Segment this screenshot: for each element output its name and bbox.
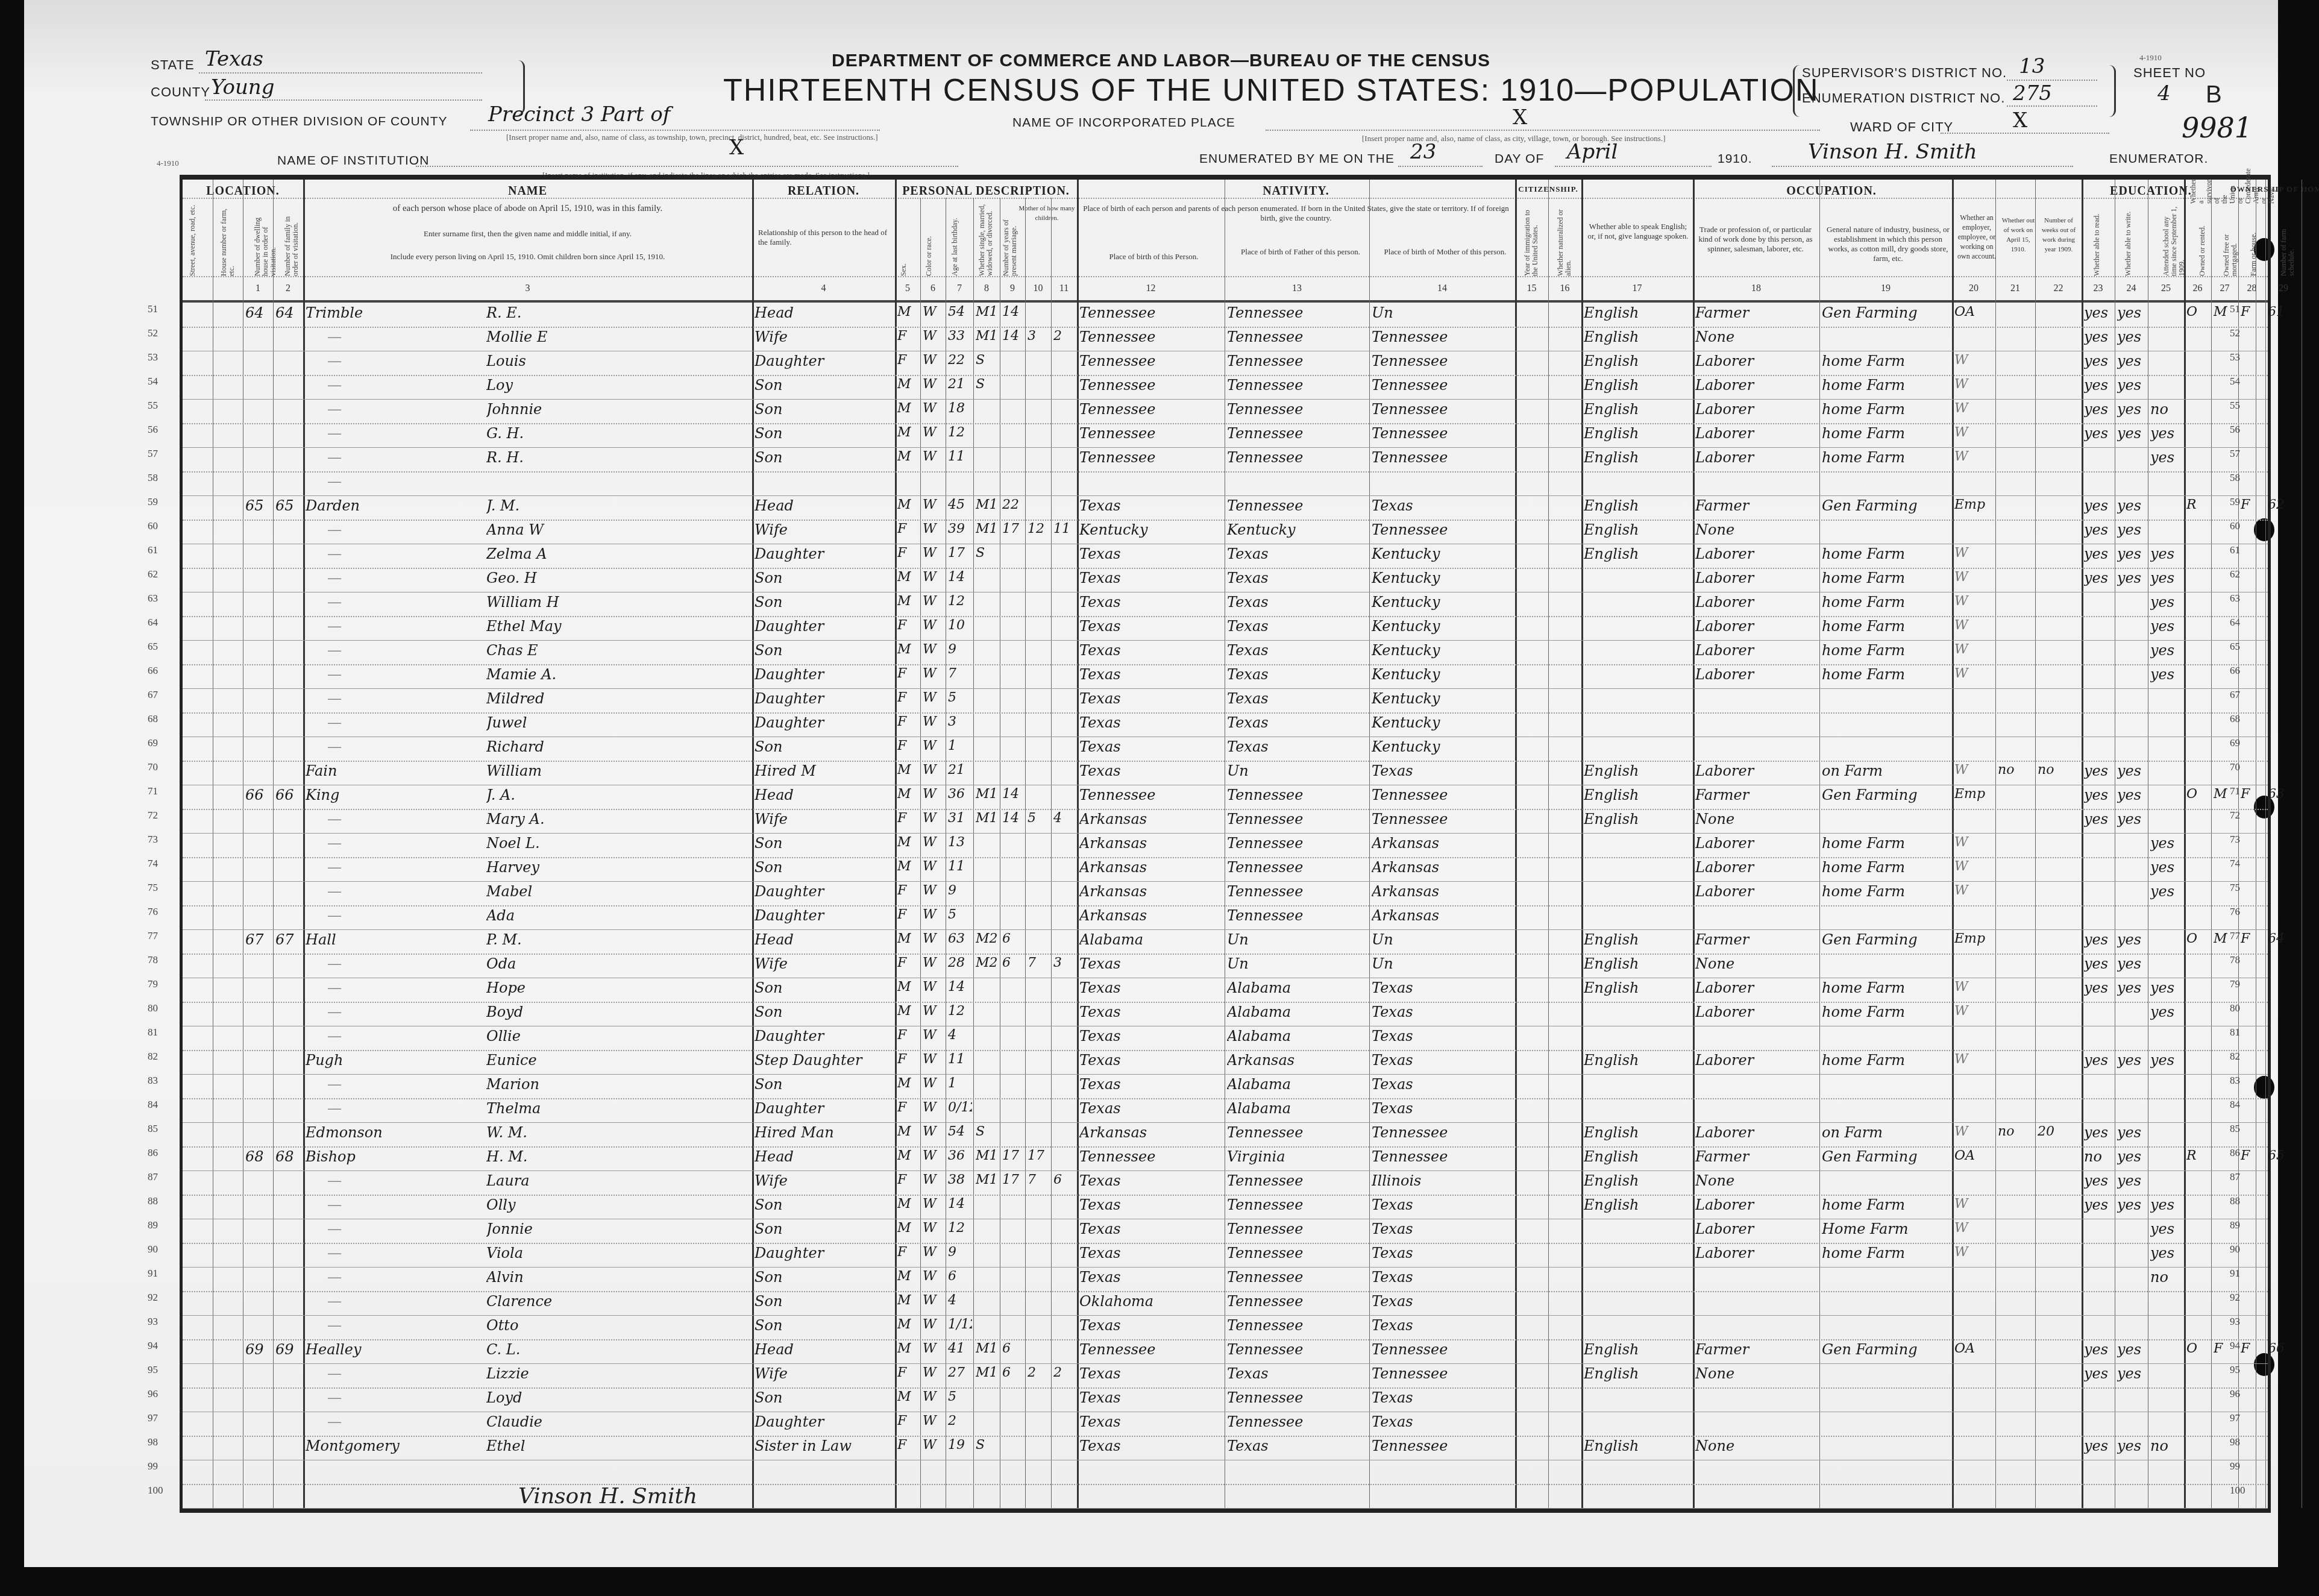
cell-farm: F xyxy=(2241,931,2264,946)
cell-mbp: Texas xyxy=(1372,1317,1514,1334)
cell-born: 7 xyxy=(1028,955,1050,970)
incorporated-place-value: X xyxy=(1513,105,1527,130)
cell-age: 4 xyxy=(948,1028,972,1043)
cell-mbp: Illinois xyxy=(1372,1172,1514,1189)
cell-trade: Laborer xyxy=(1695,401,1818,418)
cell-fbp: Un xyxy=(1227,931,1368,948)
table-row xyxy=(183,1460,2268,1484)
cell-family: 65 xyxy=(275,497,302,514)
cell-industry: home Farm xyxy=(1822,979,1951,996)
cell-industry: home Farm xyxy=(1822,425,1951,442)
cell-race: W xyxy=(923,1076,944,1091)
cell-read: yes xyxy=(2084,955,2113,972)
sheet-brace xyxy=(2109,65,2116,117)
cell-relation: Son xyxy=(755,401,894,418)
cell-marital: M1 xyxy=(976,1365,999,1380)
cell-relation: Wife xyxy=(755,1172,894,1189)
cell-given: Alvin xyxy=(486,1269,751,1286)
institution-value: X xyxy=(729,136,744,160)
cell-read: yes xyxy=(2084,401,2113,418)
cell-mbp: Texas xyxy=(1372,497,1514,514)
cell-family: 64 xyxy=(275,304,302,321)
cell-trade: Laborer xyxy=(1695,979,1818,996)
cell-write: yes xyxy=(2117,931,2147,948)
cell-given: Viola xyxy=(486,1245,751,1261)
cell-surname: — xyxy=(327,835,504,852)
birth-mother-header: Place of birth of Mother of this person. xyxy=(1376,247,1514,257)
cell-school: yes xyxy=(2150,570,2183,586)
census-title: THIRTEENTH CENSUS OF THE UNITED STATES: … xyxy=(723,72,1819,108)
cell-age: 17 xyxy=(948,545,972,561)
line-number: 60 xyxy=(2230,520,2240,532)
line-number: 78 xyxy=(2230,954,2240,966)
cell-given: Chas E xyxy=(486,642,751,659)
line-number: 90 xyxy=(2230,1243,2240,1255)
cell-farm: F xyxy=(2241,497,2264,512)
cell-write: yes xyxy=(2117,787,2147,803)
cell-wks: no xyxy=(2038,762,2080,778)
cell-age: 12 xyxy=(948,1221,972,1236)
cell-race: W xyxy=(923,787,944,802)
cell-age: 12 xyxy=(948,1004,972,1019)
column-number: 20 xyxy=(1952,283,1995,294)
cell-trade: None xyxy=(1695,1365,1818,1382)
cell-dwelling: 66 xyxy=(245,787,272,803)
cell-surname: — xyxy=(327,570,504,586)
cell-bp: Arkansas xyxy=(1079,907,1223,924)
cell-given: J. A. xyxy=(486,787,751,803)
cell-trade: None xyxy=(1695,955,1818,972)
cell-industry: home Farm xyxy=(1822,377,1951,394)
birth-father-header: Place of birth of Father of this person. xyxy=(1231,247,1370,257)
cell-bp: Texas xyxy=(1079,979,1223,996)
cell-fbp: Texas xyxy=(1227,594,1368,611)
line-number: 74 xyxy=(2230,858,2240,870)
table-row: —OllieDaughterFW4TexasAlabamaTexas xyxy=(183,1026,2268,1051)
cell-emp: W xyxy=(1954,666,1994,681)
birth-person-header: Place of birth of this Person. xyxy=(1083,252,1225,262)
cell-relation: Daughter xyxy=(755,545,894,562)
cell-given: Laura xyxy=(486,1172,751,1189)
cell-born: 5 xyxy=(1028,811,1050,826)
cell-surname: Fain xyxy=(306,762,483,779)
read-header: Whether able to read. xyxy=(2093,204,2101,276)
cell-bp: Texas xyxy=(1079,1196,1223,1213)
line-number: 65 xyxy=(148,641,158,653)
cell-surname: — xyxy=(327,979,504,996)
cell-relation: Son xyxy=(755,1269,894,1286)
language-header: Whether able to speak English; or, if no… xyxy=(1587,222,1689,241)
cell-marital: S xyxy=(976,1437,999,1453)
cell-trade: Farmer xyxy=(1695,497,1818,514)
cell-given: Thelma xyxy=(486,1100,751,1117)
line-number: 76 xyxy=(2230,906,2240,918)
cell-yrs: 14 xyxy=(1002,304,1024,319)
cell-relation: Head xyxy=(755,1341,894,1358)
cell-trade: Laborer xyxy=(1695,449,1818,466)
table-row: —ViolaDaughterFW9TexasTennesseeTexasLabo… xyxy=(183,1243,2268,1268)
cell-surname: — xyxy=(327,811,504,828)
table-row: 6969HealleyC. L.HeadMW41M16TennesseeTenn… xyxy=(183,1340,2268,1364)
supervisor-district-label: Supervisor's District No. xyxy=(1802,65,2007,81)
cell-marital: M1 xyxy=(976,811,999,826)
cell-given: C. L. xyxy=(486,1341,751,1358)
cell-school: yes xyxy=(2150,979,2183,996)
cell-industry: Gen Farming xyxy=(1822,787,1951,803)
county-label: County xyxy=(151,84,210,100)
cell-surname: — xyxy=(327,473,504,490)
cell-relation: Wife xyxy=(755,521,894,538)
cell-sex: M xyxy=(897,449,919,464)
cell-mbp: Tennessee xyxy=(1372,521,1514,538)
cell-relation: Son xyxy=(755,738,894,755)
cell-surname: Hall xyxy=(306,931,483,948)
cell-surname: — xyxy=(327,545,504,562)
cell-fbp: Texas xyxy=(1227,642,1368,659)
line-number: 64 xyxy=(148,617,158,629)
table-row: 6464TrimbleR. E.HeadMW54M114TennesseeTen… xyxy=(183,303,2268,327)
cell-sex: M xyxy=(897,1196,919,1211)
cell-lang: English xyxy=(1584,1052,1692,1069)
cell-industry: home Farm xyxy=(1822,545,1951,562)
township-note: [Insert proper name and, also, name of c… xyxy=(506,133,878,142)
cell-sex: M xyxy=(897,1317,919,1332)
cell-emp: W xyxy=(1954,835,1994,850)
table-row: —William HSonMW12TexasTexasKentuckyLabor… xyxy=(183,592,2268,617)
cell-bp: Texas xyxy=(1079,1076,1223,1093)
line-number: 53 xyxy=(2230,351,2240,363)
column-number: 19 xyxy=(1819,283,1952,294)
cell-school: yes xyxy=(2150,618,2183,635)
cell-write: yes xyxy=(2117,1172,2147,1189)
cell-read: yes xyxy=(2084,931,2113,948)
cell-race: W xyxy=(923,835,944,850)
cell-lang: English xyxy=(1584,787,1692,803)
cell-age: 33 xyxy=(948,328,972,344)
column-number: 23 xyxy=(2082,283,2115,294)
cell-mbp: Texas xyxy=(1372,979,1514,996)
cell-age: 5 xyxy=(948,907,972,922)
cell-lang: English xyxy=(1584,762,1692,779)
line-number: 73 xyxy=(2230,834,2240,846)
cell-write: yes xyxy=(2117,762,2147,779)
cell-trade: None xyxy=(1695,811,1818,828)
cell-school: no xyxy=(2150,1437,2183,1454)
cell-age: 31 xyxy=(948,811,972,826)
cell-industry: Home Farm xyxy=(1822,1221,1951,1237)
cell-sex: M xyxy=(897,1076,919,1091)
table-row: FainWilliamHired MMW21TexasUnTexasEnglis… xyxy=(183,761,2268,785)
cell-sex: F xyxy=(897,1245,919,1260)
family-number-header: Number of family in order of visitation. xyxy=(284,204,300,276)
cell-bp: Arkansas xyxy=(1079,835,1223,852)
line-number: 100 xyxy=(148,1484,163,1497)
cell-sex: F xyxy=(897,666,919,681)
cell-surname: Trimble xyxy=(306,304,483,321)
column-number: 1 xyxy=(243,283,273,294)
cell-school: yes xyxy=(2150,449,2183,466)
cell-school: no xyxy=(2150,1269,2183,1286)
cell-emp: OA xyxy=(1954,304,1994,319)
enumerated-day: 23 xyxy=(1410,140,1436,164)
cell-age: 27 xyxy=(948,1365,972,1380)
line-number: 51 xyxy=(148,303,158,315)
column-number: 7 xyxy=(946,283,973,294)
cell-emp: W xyxy=(1954,353,1994,368)
cell-sex: M xyxy=(897,762,919,778)
column-number: 13 xyxy=(1225,283,1369,294)
cell-sex: M xyxy=(897,1341,919,1356)
cell-bp: Texas xyxy=(1079,1437,1223,1454)
cell-given: Olly xyxy=(486,1196,751,1213)
cell-age: 54 xyxy=(948,304,972,319)
cell-dwelling: 68 xyxy=(245,1148,272,1165)
cell-bp: Texas xyxy=(1079,666,1223,683)
cell-marital: S xyxy=(976,545,999,561)
day-dotted-line xyxy=(1398,166,1483,167)
group-relation: RELATION. xyxy=(752,184,895,198)
cell-given: Johnnie xyxy=(486,401,751,418)
cell-given: Juwel xyxy=(486,714,751,731)
incorporated-place-label: Name of incorporated place xyxy=(1012,116,1235,130)
cell-age: 9 xyxy=(948,642,972,657)
line-number: 77 xyxy=(2230,930,2240,942)
cell-marital: M1 xyxy=(976,1172,999,1187)
cell-age: 13 xyxy=(948,835,972,850)
owned-header: Owned or rented. xyxy=(2198,204,2206,276)
table-row: —AlvinSonMW6TexasTennesseeTexasno xyxy=(183,1268,2268,1292)
cell-relation: Head xyxy=(755,1148,894,1165)
cell-farm: F xyxy=(2241,1148,2264,1163)
cell-bp: Texas xyxy=(1079,1389,1223,1406)
cell-dwelling: 64 xyxy=(245,304,272,321)
cell-living: 11 xyxy=(1053,521,1076,536)
cell-given: Oda xyxy=(486,955,751,972)
enumerator-signature: Vinson H. Smith xyxy=(518,1484,697,1509)
cell-write: yes xyxy=(2117,979,2147,996)
line-number: 100 xyxy=(2230,1484,2245,1497)
cell-sex: F xyxy=(897,1028,919,1043)
cell-bp: Texas xyxy=(1079,1172,1223,1189)
cell-given: Ollie xyxy=(486,1028,751,1045)
cell-born: 3 xyxy=(1028,328,1050,344)
census-table: LOCATION. NAME RELATION. PERSONAL DESCRI… xyxy=(180,175,2271,1513)
cell-write: yes xyxy=(2117,1124,2147,1141)
table-row: —Mary A.WifeFW31M11454ArkansasTennesseeT… xyxy=(183,809,2268,834)
township-label: Township or other division of county xyxy=(151,115,448,129)
sheet-form-number: 4-1910 xyxy=(2139,53,2162,63)
cell-relation: Hired M xyxy=(755,762,894,779)
line-number: 84 xyxy=(148,1099,158,1111)
cell-fbp: Tennessee xyxy=(1227,497,1368,514)
cell-relation: Son xyxy=(755,835,894,852)
line-number: 97 xyxy=(148,1412,158,1424)
line-number: 96 xyxy=(2230,1388,2240,1400)
cell-trade: Laborer xyxy=(1695,594,1818,611)
cell-sched: 62 xyxy=(2268,497,2300,512)
line-number: 91 xyxy=(148,1268,158,1280)
cell-given: Lizzie xyxy=(486,1365,751,1382)
cell-fbp: Alabama xyxy=(1227,1076,1368,1093)
mother-of-description: Mother of how many children. xyxy=(1017,204,1077,223)
cell-yrs: 6 xyxy=(1002,1365,1024,1380)
cell-oow: no xyxy=(1998,762,2034,778)
cell-industry: on Farm xyxy=(1822,762,1951,779)
cell-lang: English xyxy=(1584,1365,1692,1382)
cell-relation: Son xyxy=(755,1293,894,1310)
cell-read: yes xyxy=(2084,1052,2113,1069)
cell-sex: M xyxy=(897,1269,919,1284)
cell-sex: M xyxy=(897,1221,919,1236)
cell-fbp: Texas xyxy=(1227,1365,1368,1382)
cell-race: W xyxy=(923,1052,944,1067)
table-row: —R. H.SonMW11TennesseeTennesseeTennessee… xyxy=(183,448,2268,472)
line-number: 71 xyxy=(2230,785,2240,797)
cell-surname: — xyxy=(327,594,504,611)
cell-relation: Daughter xyxy=(755,714,894,731)
cell-race: W xyxy=(923,570,944,585)
cell-fbp: Tennessee xyxy=(1227,377,1368,394)
cell-surname: — xyxy=(327,642,504,659)
cell-family: 67 xyxy=(275,931,302,948)
cell-surname: — xyxy=(327,1389,504,1406)
cell-sex: F xyxy=(897,1052,919,1067)
cell-write: yes xyxy=(2117,497,2147,514)
cell-emp: W xyxy=(1954,401,1994,416)
cell-race: W xyxy=(923,304,944,319)
cell-fbp: Tennessee xyxy=(1227,1317,1368,1334)
line-number: 76 xyxy=(148,906,158,918)
out-of-work-header: Whether out of work on April 15, 1910. xyxy=(2000,216,2037,254)
cell-surname: Darden xyxy=(306,497,483,514)
cell-mbp: Texas xyxy=(1372,1389,1514,1406)
cell-age: 14 xyxy=(948,570,972,585)
cell-emp: Emp xyxy=(1954,931,1994,946)
month-dotted-line xyxy=(1555,166,1712,167)
cell-sex: F xyxy=(897,618,919,633)
cell-given: Mollie E xyxy=(486,328,751,345)
cell-born: 17 xyxy=(1028,1148,1050,1163)
cell-write: yes xyxy=(2117,328,2147,345)
line-number: 67 xyxy=(2230,689,2240,701)
column-number: 26 xyxy=(2184,283,2211,294)
cell-mbp: Texas xyxy=(1372,1004,1514,1020)
cell-lang: English xyxy=(1584,1172,1692,1189)
cell-race: W xyxy=(923,762,944,778)
supervisor-dotted-line xyxy=(2007,80,2097,81)
cell-industry: on Farm xyxy=(1822,1124,1951,1141)
cell-dwelling: 67 xyxy=(245,931,272,948)
state-dotted-line xyxy=(199,72,482,74)
cell-read: yes xyxy=(2084,1172,2113,1189)
cell-age: 22 xyxy=(948,353,972,368)
table-row: 6565DardenJ. M.HeadMW45M122TexasTennesse… xyxy=(183,496,2268,520)
line-number: 93 xyxy=(148,1316,158,1328)
ward-dotted-line xyxy=(1941,133,2109,134)
cell-fbp: Tennessee xyxy=(1227,1269,1368,1286)
cell-race: W xyxy=(923,1365,944,1380)
cell-sex: M xyxy=(897,377,919,392)
cell-emp: W xyxy=(1954,859,1994,874)
cell-sex: F xyxy=(897,328,919,344)
enumerator-dotted-line xyxy=(1772,166,2073,167)
cell-mbp: Texas xyxy=(1372,1052,1514,1069)
cell-write: yes xyxy=(2117,1365,2147,1382)
cell-read: yes xyxy=(2084,521,2113,538)
cell-mbp: Texas xyxy=(1372,762,1514,779)
ed-dotted-line xyxy=(2007,105,2097,107)
cell-race: W xyxy=(923,618,944,633)
cell-given: Hope xyxy=(486,979,751,996)
cell-emp: W xyxy=(1954,979,1994,994)
line-number: 78 xyxy=(148,954,158,966)
cell-relation: Head xyxy=(755,931,894,948)
cell-age: 5 xyxy=(948,690,972,705)
cell-mbp: Tennessee xyxy=(1372,425,1514,442)
line-number: 81 xyxy=(148,1026,158,1038)
cell-fbp: Alabama xyxy=(1227,1100,1368,1117)
cell-surname: — xyxy=(327,449,504,466)
line-number: 99 xyxy=(148,1460,158,1472)
cell-emp: OA xyxy=(1954,1341,1994,1356)
line-number: 89 xyxy=(2230,1219,2240,1231)
line-number: 59 xyxy=(2230,496,2240,508)
cell-sex: M xyxy=(897,787,919,802)
cell-fbp: Tennessee xyxy=(1227,449,1368,466)
cell-industry: home Farm xyxy=(1822,1004,1951,1020)
cell-bp: Texas xyxy=(1079,594,1223,611)
cell-school: yes xyxy=(2150,594,2183,611)
cell-mbp: Un xyxy=(1372,304,1514,321)
cell-industry: home Farm xyxy=(1822,642,1951,659)
cell-fbp: Texas xyxy=(1227,738,1368,755)
cell-read: yes xyxy=(2084,1365,2113,1382)
cell-trade: Farmer xyxy=(1695,1148,1818,1165)
cell-age: 54 xyxy=(948,1124,972,1139)
cell-race: W xyxy=(923,377,944,392)
line-number: 95 xyxy=(2230,1364,2240,1376)
cell-given: Ada xyxy=(486,907,751,924)
cell-sex: M xyxy=(897,304,919,319)
cell-living: 6 xyxy=(1053,1172,1076,1187)
cell-bp: Texas xyxy=(1079,1269,1223,1286)
cell-sex: M xyxy=(897,1124,919,1139)
cell-sex: F xyxy=(897,1172,919,1187)
table-row: 6666KingJ. A.HeadMW36M114TennesseeTennes… xyxy=(183,785,2268,809)
cell-given: Harvey xyxy=(486,859,751,876)
cell-dwelling: 69 xyxy=(245,1341,272,1358)
cell-given: Anna W xyxy=(486,521,751,538)
cell-farm: F xyxy=(2241,787,2264,802)
cell-wks: 20 xyxy=(2038,1124,2080,1139)
cell-industry: home Farm xyxy=(1822,353,1951,369)
line-number: 54 xyxy=(2230,375,2240,388)
district-brace xyxy=(1793,65,1800,117)
cell-sex: F xyxy=(897,907,919,922)
cell-trade: Laborer xyxy=(1695,835,1818,852)
cell-emp: W xyxy=(1954,762,1994,778)
cell-fbp: Texas xyxy=(1227,545,1368,562)
cell-fbp: Virginia xyxy=(1227,1148,1368,1165)
line-number: 88 xyxy=(2230,1195,2240,1207)
cell-surname: — xyxy=(327,1293,504,1310)
cell-mbp: Tennessee xyxy=(1372,401,1514,418)
cell-school: yes xyxy=(2150,859,2183,876)
cell-surname: — xyxy=(327,618,504,635)
group-name: NAME xyxy=(303,184,752,198)
cell-born: 7 xyxy=(1028,1172,1050,1187)
cell-emp: W xyxy=(1954,425,1994,440)
